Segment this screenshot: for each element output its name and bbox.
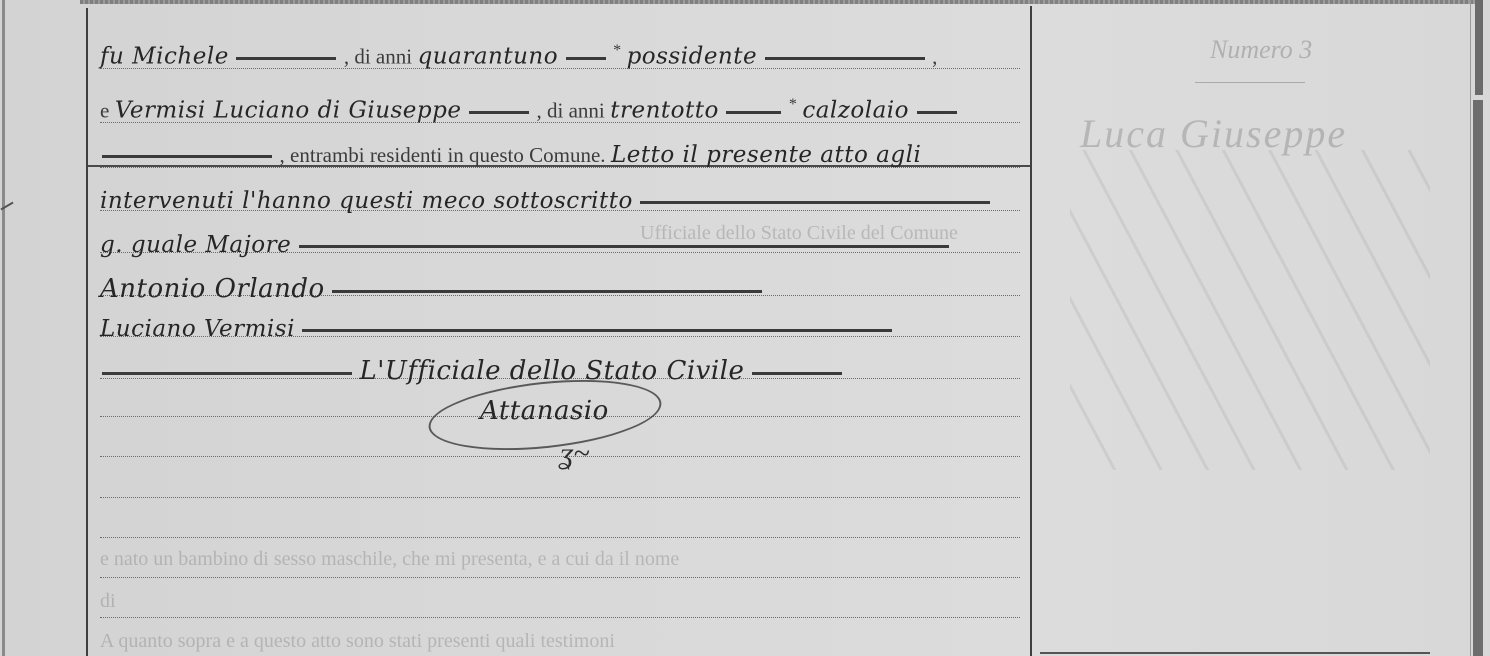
handwritten-profession: calzolaio: [802, 97, 909, 123]
printed-text: , entrambi residenti in questo Comune.: [280, 143, 606, 167]
ruled-line: [100, 497, 1020, 498]
binding-edge-top: [1475, 0, 1483, 95]
handwritten-age: trentotto: [610, 97, 719, 123]
printed-text: ,: [932, 44, 937, 68]
signature-declarant: g. guale Majore: [100, 232, 291, 258]
handwritten-text: Letto il presente atto agli: [611, 142, 921, 168]
margin-rule: [1195, 82, 1305, 83]
fill-dash: [332, 290, 762, 293]
fill-dash: [299, 245, 949, 248]
fill-dash: [102, 155, 272, 158]
record-line-4: intervenuti l'hanno questi meco sottoscr…: [100, 188, 992, 214]
handwritten-text: intervenuti l'hanno questi meco sottoscr…: [100, 188, 633, 214]
left-page-fold: [2, 0, 5, 656]
record-line-2: e Vermisi Luciano di Giuseppe , di anni …: [100, 96, 959, 123]
bleed-through-text: A quanto sopra e a questo atto sono stat…: [100, 630, 615, 653]
bleed-through-text: e nato un bambino di sesso maschile, che…: [100, 548, 679, 571]
printed-text: , di anni: [536, 98, 604, 122]
form-right-border: [1030, 6, 1032, 656]
asterisk: *: [613, 42, 621, 59]
margin-bottom-rule: [1040, 652, 1430, 654]
fill-dash: [469, 111, 529, 114]
fill-dash: [917, 111, 957, 114]
record-line-7: Luciano Vermisi: [100, 316, 894, 342]
fill-dash: [566, 57, 606, 60]
margin-bleed-through: [1070, 150, 1430, 470]
right-page-edge: [1470, 0, 1471, 656]
printed-text: , di anni: [344, 44, 412, 68]
printed-text: e: [100, 98, 109, 122]
ruled-line: [100, 577, 1020, 578]
ruled-line: [100, 537, 1020, 538]
fill-dash: [102, 372, 352, 375]
handwritten-age: quarantuno: [418, 43, 558, 69]
fill-dash: [640, 201, 990, 204]
top-border: [80, 0, 1480, 4]
record-line-9: Attanasio: [480, 396, 609, 426]
record-line-6: Antonio Orlando: [100, 274, 764, 304]
record-line-8: L'Ufficiale dello Stato Civile: [100, 356, 844, 386]
fill-dash: [236, 57, 336, 60]
signature-flourish-mark: ʓ~: [560, 437, 590, 471]
binding-edge: [1473, 100, 1483, 656]
fill-dash: [765, 57, 925, 60]
signature-officer: Attanasio: [480, 396, 609, 426]
signature-witness-2: Luciano Vermisi: [100, 316, 295, 342]
fill-dash: [752, 372, 842, 375]
record-line-3: , entrambi residenti in questo Comune. L…: [100, 142, 921, 168]
handwritten-witness-name: Vermisi Luciano di Giuseppe: [115, 97, 462, 123]
ruled-line: [100, 617, 1020, 618]
asterisk: *: [789, 96, 797, 113]
document-page: Ufficiale dello Stato Civile del Comune …: [0, 0, 1490, 656]
handwritten-profession: possidente: [627, 43, 758, 69]
margin-record-number: Numero 3: [1210, 35, 1312, 65]
fill-dash: [726, 111, 781, 114]
record-line-5: g. guale Majore: [100, 232, 951, 258]
fill-dash: [302, 329, 892, 332]
bleed-through-text: di: [100, 590, 116, 613]
form-left-border: [86, 8, 88, 656]
handwritten-father: fu Michele: [100, 43, 229, 69]
record-line-1: fu Michele , di anni quarantuno * possid…: [100, 42, 937, 69]
signature-witness-1: Antonio Orlando: [100, 274, 325, 304]
